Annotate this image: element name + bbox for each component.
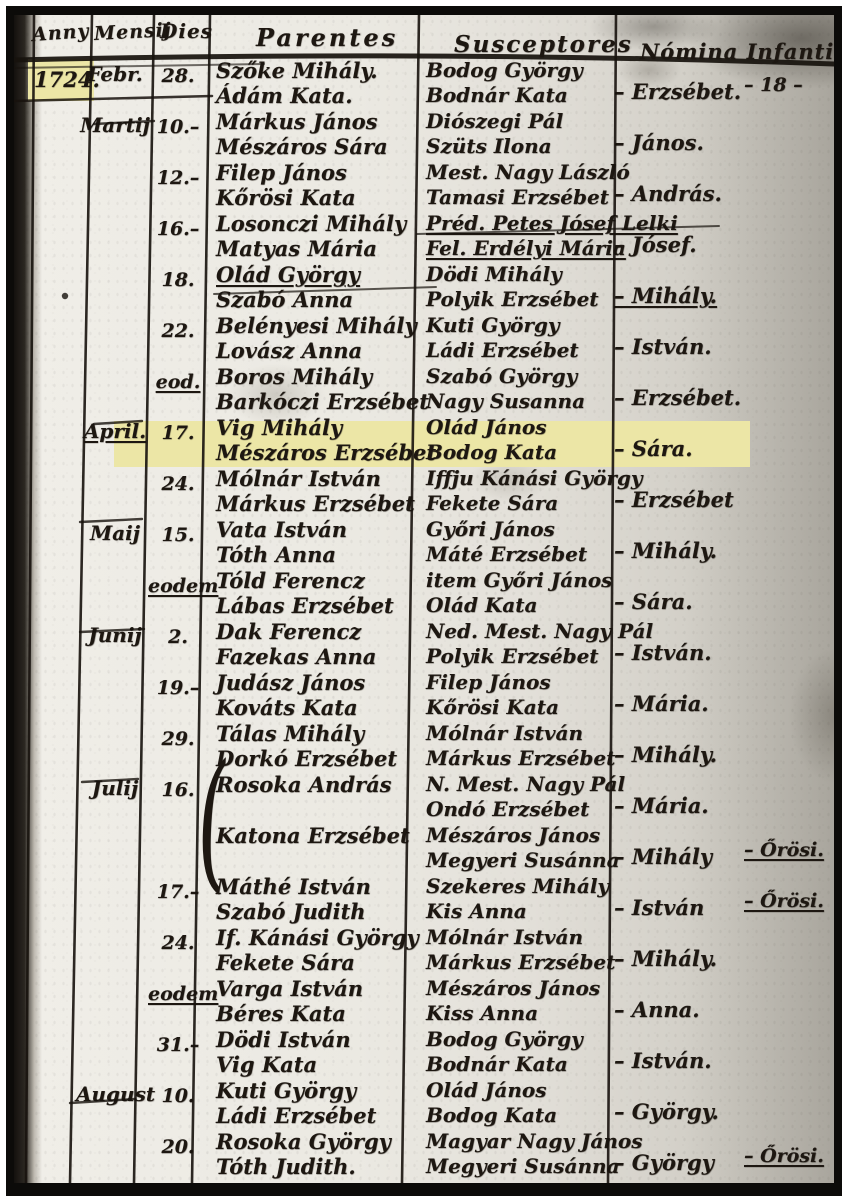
parent-mother: Lovász Anna [216,338,362,363]
susceptor-second: Bodog Kata [426,440,557,464]
parent-father: Filep János [216,160,347,185]
susceptor-second: Márkus Erzsébet [426,950,615,974]
parent-mother: Kováts Kata [216,695,358,720]
day-label: 15. [148,524,208,546]
parent-father: Rosoka András [216,772,392,797]
susceptor-second: Polyik Erzsébet [426,644,599,668]
parent-mother: Dorkó Erzsébet [216,746,397,771]
susceptor-first: Szabó György [426,364,577,388]
susceptor-second: Tamasi Erzsébet [426,185,609,209]
parent-mother: Béres Kata [216,1001,346,1026]
register-entry-row-22: 20. Rosoka György Tóth Judith. Magyar Na… [14,1131,834,1182]
parent-mother: Fekete Sára [216,950,355,975]
day-label: 16.– [148,218,208,240]
parent-father: Losonczi Mihály [216,211,406,236]
susceptor-first: Olád János [426,1078,547,1102]
susceptor-second: Bodnár Kata [426,83,568,107]
parent-mother: Kőrösi Kata [216,185,356,210]
parent-father: Rosoka György [216,1129,391,1154]
parent-mother: Mészáros Erzsébet [216,440,436,465]
susceptor-second: Olád Kata [426,593,537,617]
child-name: – Mária. [614,691,709,716]
susceptor-first: item Győri János [426,568,612,592]
parent-father: Tóld Ferencz [216,568,365,593]
child-name: – István. [614,640,712,665]
day-label: 18. [148,269,208,291]
year-value: 1724. [34,67,100,92]
parent-mother: Márkus Erzsébet [216,491,415,516]
parent-father: Olád György [216,262,360,287]
susceptor-second: Fel. Erdélyi Mária [426,236,626,260]
susceptor-second: Kőrösi Kata [426,695,559,719]
register-entry-row-19: eodem Varga István Béres Kata Mészáros J… [14,978,834,1029]
child-name: – György [614,1150,714,1175]
parent-father: If. Kánási György [216,925,419,950]
susceptor-first: Mészáros János [426,976,600,1000]
susceptor-second: Ondó Erzsébet [426,797,589,821]
register-entry-row-5: 18. Olád György Szabó Anna Dödi Mihály P… [14,264,834,315]
child-name: – Jósef. [614,232,697,257]
day-label: 20. [148,1136,208,1158]
day-label: eodem [148,983,208,1005]
susceptor-first: Győri János [426,517,555,541]
child-name: – Mária. [614,793,709,818]
child-name: – Mihály [614,844,712,869]
day-label: 17. [148,422,208,444]
parent-father: Dak Ferencz [216,619,361,644]
child-name: – Anna. [614,997,700,1022]
susceptor-second: Ládi Erzsébet [426,338,579,362]
column-header-nomina-infantium: Nómina Infantium [640,39,842,64]
susceptor-first: Mészáros János [426,823,600,847]
susceptor-second: Márkus Erzsébet [426,746,615,770]
child-name: – István [614,895,704,920]
parent-father: Máthé István [216,874,371,899]
register-entry-row-14: 29. Tálas Mihály Dorkó Erzsébet Mólnár I… [14,723,834,774]
parent-mother: Matyas Mária [216,236,377,261]
susceptor-second: Megyeri Susánna [426,848,620,872]
column-header-parentes: Parentes [256,23,398,52]
day-label: eod. [148,371,208,393]
month-label: Maij [76,521,154,545]
parent-father: Tálas Mihály [216,721,364,746]
register-entry-row-7: eod. Boros Mihály Barkóczi Erzsébet Szab… [14,366,834,417]
susceptor-second: Kiss Anna [426,1001,538,1025]
susceptor-first: Magyar Nagy János [426,1129,643,1153]
parent-father: Vig Mihály [216,415,342,440]
susceptor-first: Filep János [426,670,551,694]
day-label: eodem [148,575,208,597]
parent-father: Kuti György [216,1078,356,1103]
child-name: – Mihály. [614,742,717,767]
susceptor-first: Bodog György [426,1027,583,1051]
child-name: – András. [614,181,722,206]
day-label: 28. [148,65,208,87]
susceptor-second: Kis Anna [426,899,527,923]
child-name: – Sára. [614,589,693,614]
child-name: – Erzsébet. [614,385,741,410]
parent-father: Judász János [216,670,365,695]
register-entry-row-20: 31.– Dödi István Vig Kata Bodog György B… [14,1029,834,1080]
parent-father: Szőke Mihály. [216,58,378,83]
day-label: 24. [148,932,208,954]
register-entry-row-4: 16.– Losonczi Mihály Matyas Mária Préd. … [14,213,834,264]
register-entry-row-12: Junij 2. Dak Ferencz Fazekas Anna Ned. M… [14,621,834,672]
susceptor-first: Dödi Mihály [426,262,562,286]
day-label: 10. [148,1085,208,1107]
parent-mother: Tóth Anna [216,542,336,567]
register-entry-row-11: eodem Tóld Ferencz Lábas Erzsébet item G… [14,570,834,621]
register-entry-row-10: Maij 15. Vata István Tóth Anna Győri Ján… [14,519,834,570]
susceptor-second: Nagy Susanna [426,389,585,413]
register-entry-row-13: 19.– Judász János Kováts Kata Filep Jáno… [14,672,834,723]
register-entry-row-1: Febr. 28. Szőke Mihály. Ádám Kata. Bodog… [14,60,834,111]
month-label: April. [76,419,154,443]
susceptor-second: Fekete Sára [426,491,558,515]
parent-father: Varga István [216,976,363,1001]
parent-father: Boros Mihály [216,364,372,389]
susceptor-first: Iffju Kánási György [426,466,642,490]
parent-mother: Ládi Erzsébet [216,1103,376,1128]
register-entry-row-21: August 10. Kuti György Ládi Erzsébet Olá… [14,1080,834,1131]
month-label: August [76,1082,154,1106]
register-entry-row-3: 12.– Filep János Kőrösi Kata Mest. Nagy … [14,162,834,213]
parent-mother: Ádám Kata. [216,83,353,108]
susceptor-first: Diószegi Pál [426,109,563,133]
susceptor-first: Szekeres Mihály [426,874,609,898]
child-name: – Erzsébet [614,487,734,512]
child-name: – Mihály. [614,946,717,971]
parent-mother: Mészáros Sára [216,134,388,159]
susceptor-second: Szüts Ilona [426,134,552,158]
register-entries: Febr. 28. Szőke Mihály. Ádám Kata. Bodog… [14,60,834,1182]
child-name: – György. [614,1099,719,1124]
column-header-anny: Anny [31,20,90,46]
day-label: 31.– [148,1034,208,1056]
susceptor-first: Mólnár István [426,721,583,745]
susceptor-first: Mest. Nagy László [426,160,630,184]
day-label: 12.– [148,167,208,189]
parent-mother: Fazekas Anna [216,644,376,669]
susceptor-first: N. Mest. Nagy Pál [426,772,625,796]
child-name: – János. [614,130,704,155]
susceptor-first: Mólnár István [426,925,583,949]
child-name: – István. [614,334,712,359]
register-entry-row-6: 22. Belényesi Mihály Lovász Anna Kuti Gy… [14,315,834,366]
parent-father: Belényesi Mihály [216,313,417,338]
scanned-register-page: Febr. 28. Szőke Mihály. Ádám Kata. Bodog… [6,6,842,1196]
register-entry-row-18: 24. If. Kánási György Fekete Sára Mólnár… [14,927,834,978]
parent-father: Márkus János [216,109,378,134]
susceptor-first: Kuti György [426,313,559,337]
parent-father: Vata István [216,517,347,542]
margin-note: – Őrösi. [744,1145,824,1167]
register-entry-row-17: 17.– Máthé István Szabó Judith Szekeres … [14,876,834,927]
susceptor-second: Bodnár Kata [426,1052,568,1076]
parent-mother: Lábas Erzsébet [216,593,394,618]
margin-note: – Őrösi. [744,839,824,861]
child-name: – Sára. [614,436,693,461]
susceptor-first: Olád János [426,415,547,439]
susceptor-first: Bodog György [426,58,583,82]
month-label: Junij [76,623,154,647]
susceptor-second: Megyeri Susánna [426,1154,620,1178]
month-label: Martij [76,113,154,137]
parent-mother: Barkóczi Erzsébet [216,389,429,414]
child-name: – Mihály. [614,283,717,308]
parent-mother: Vig Kata [216,1052,317,1077]
parent-father: Katona Erzsébet [216,823,410,848]
susceptor-second: Polyik Erzsébet [426,287,599,311]
parent-mother: Szabó Anna [216,287,353,312]
day-label: 10.– [148,116,208,138]
day-label: 19.– [148,677,208,699]
margin-note: – Őrösi. [744,890,824,912]
register-entry-row-15: Julij 16. Rosoka András N. Mest. Nagy Pá… [14,774,834,825]
register-entry-row-16: Katona Erzsébet Mészáros János Megyeri S… [14,825,834,876]
register-entry-row-9: 24. Mólnár István Márkus Erzsébet Iffju … [14,468,834,519]
child-name: – Mihály. [614,538,717,563]
parent-mother: Szabó Judith [216,899,366,924]
column-header-dies: Dies [160,19,213,43]
column-header-susceptores: Susceptores [454,31,633,58]
register-entry-row-2: Martij 10.– Márkus János Mészáros Sára D… [14,111,834,162]
parent-father: Mólnár István [216,466,381,491]
month-label: Julij [76,776,154,800]
parent-father: Dödi István [216,1027,351,1052]
margin-note: – 18 – [744,74,803,96]
child-name: – Erzsébet. [614,79,741,104]
parent-mother: Tóth Judith. [216,1154,356,1179]
susceptor-second: Máté Erzsébet [426,542,587,566]
susceptor-second: Bodog Kata [426,1103,557,1127]
child-name: – István. [614,1048,712,1073]
register-entry-row-8: April. 17. Vig Mihály Mészáros Erzsébet … [14,417,834,468]
day-label: 2. [148,626,208,648]
day-label: 22. [148,320,208,342]
day-label: 24. [148,473,208,495]
